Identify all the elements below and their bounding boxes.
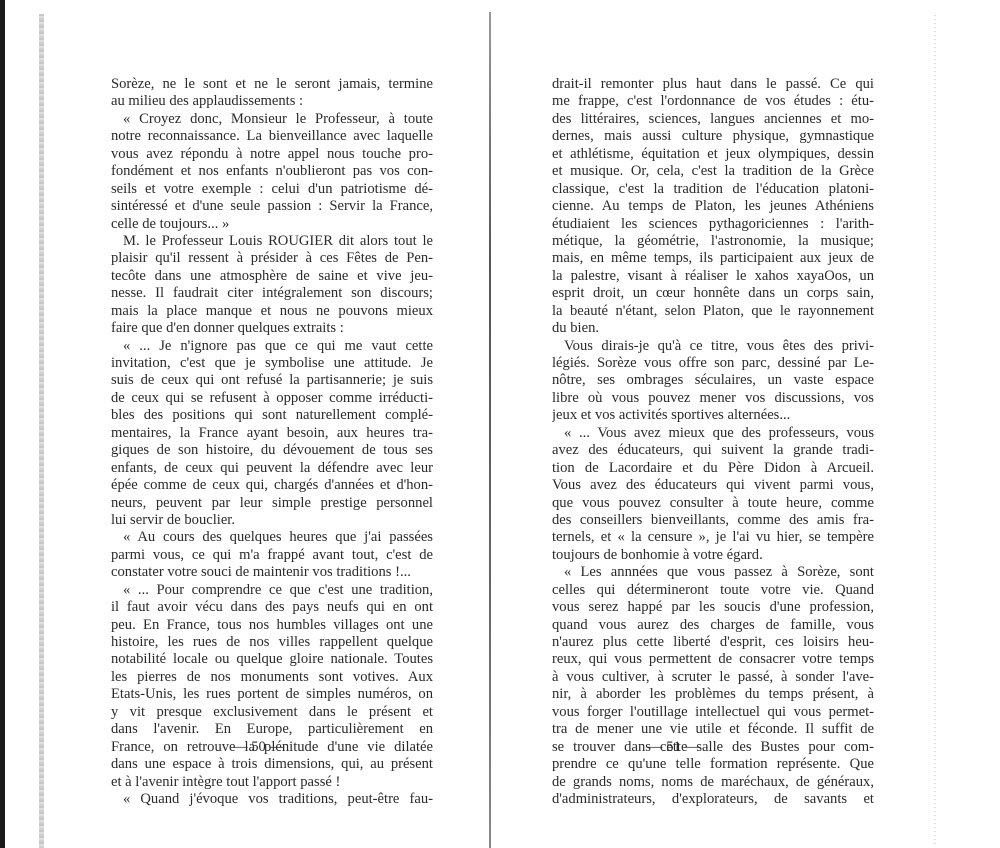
text-line: me frappe, c'est l'ordonnance de vos étu… — [552, 93, 874, 110]
text-line: nôtre, ses ombrages séculaires, un vaste… — [552, 372, 874, 389]
text-line: seils et votre exemple : celui d'un patr… — [111, 181, 433, 198]
text-line: plaisir qu'il ressent à présider à ces F… — [111, 250, 433, 267]
text-line: tra de mener une vie utile et féconde. I… — [552, 721, 874, 738]
text-line: notre reconnaissance. La bienveillance a… — [111, 128, 433, 145]
text-line: vous forger l'outillage intellectuel qui… — [552, 704, 874, 721]
text-line: « Croyez donc, Monsieur le Professeur, à… — [111, 111, 433, 128]
text-line: et musique. Or, cela, c'est la tradition… — [552, 163, 874, 180]
text-line: histoire, les rues de nos villes rappell… — [111, 634, 433, 651]
text-line: dans une espace à trois dimensions, qui,… — [111, 756, 433, 773]
text-line: constater votre souci de maintenir vos t… — [111, 564, 433, 581]
text-line: Vous dirais-je qu'à ce titre, vous êtes … — [552, 338, 874, 355]
text-line: et à l'avenir intègre tout l'apport pass… — [111, 774, 433, 791]
text-line: suis de ceux qui ont refusé la partisann… — [111, 372, 433, 389]
text-line: nir, à aborder les problèmes du temps pr… — [552, 686, 874, 703]
text-line: la palestre, visant à réaliser le xahos … — [552, 268, 874, 285]
text-line: et athlétisme, équitation et jeux olympi… — [552, 146, 874, 163]
text-line: prendre ce qu'une telle formation représ… — [552, 756, 874, 773]
text-line: invitation, c'est que je symbolise une a… — [111, 355, 433, 372]
text-line: classique, c'est la tradition de l'éduca… — [552, 181, 874, 198]
text-line: ternels, et « la censure », je l'ai vu h… — [552, 529, 874, 546]
text-line: peu. En France, tous nos humbles village… — [111, 617, 433, 634]
text-line: nesse. Il faudrait citer intégralement s… — [111, 285, 433, 302]
text-line: « Au cours des quelques heures que j'ai … — [111, 529, 433, 546]
text-line: la beauté n'étant, selon Platon, que le … — [552, 303, 874, 320]
text-line: quand vous aurez des charges de famille,… — [552, 617, 874, 634]
text-line: « Quand j'évoque vos traditions, peut-êt… — [111, 791, 433, 808]
book-gutter-fold — [489, 12, 491, 848]
left-page-body: Sorèze, ne le sont et ne le seront jamai… — [111, 76, 433, 808]
text-line: de grands noms, noms de maréchaux, de gé… — [552, 774, 874, 791]
page-number-right: — 51 — — [648, 739, 699, 756]
text-line: vous serez happé par les soucis d'une pr… — [552, 599, 874, 616]
text-line: faire que d'en donner quelques extraits … — [111, 320, 433, 337]
text-line: mais, en même temps, ils participaient a… — [552, 250, 874, 267]
text-line: mentaires, la France ayant besoin, aux h… — [111, 425, 433, 442]
text-line: sintéressé et d'une seule passion : Serv… — [111, 198, 433, 215]
text-line: que vous pouvez consulter à toute heure,… — [552, 495, 874, 512]
text-line: drait-il remonter plus haut dans le pass… — [552, 76, 874, 93]
text-line: y vit presque exclusivement dans le prés… — [111, 704, 433, 721]
text-line: Vous avez des éducateurs qui vivent parm… — [552, 477, 874, 494]
text-line: des conseillers bienveillants, comme des… — [552, 512, 874, 529]
right-page-body: drait-il remonter plus haut dans le pass… — [552, 76, 874, 808]
text-line: « ... Je n'ignore pas que ce qui me vaut… — [111, 338, 433, 355]
text-line: fondément et nos enfants n'oublieront pa… — [111, 163, 433, 180]
text-line: épée comme de ceux qui, chargés d'années… — [111, 477, 433, 494]
text-line: avez des éducateurs, qui suivent la gran… — [552, 442, 874, 459]
text-line: celle de toujours... » — [111, 216, 433, 233]
text-line: dans l'avenir. En Europe, particulièreme… — [111, 721, 433, 738]
text-line: tion de Lacordaire et du Père Didon à Ar… — [552, 460, 874, 477]
text-line: enfants, de ceux qui peuvent la défendre… — [111, 460, 433, 477]
text-line: notabilité locale ou quelque gloire nati… — [111, 651, 433, 668]
text-line: des littéraires, sciences, langues ancie… — [552, 111, 874, 128]
text-line: esprit droit, un cœur honnête dans un co… — [552, 285, 874, 302]
text-line: toujours de bonhomie à votre égard. — [552, 547, 874, 564]
text-line: « ... Pour comprendre ce que c'est une t… — [111, 582, 433, 599]
text-line: jeux et vos activités sportives alternée… — [552, 407, 874, 424]
page-number-left: — 50 — — [233, 739, 284, 756]
text-line: vous avez répondu à notre appel nous tou… — [111, 146, 433, 163]
text-line: de ceux qui se refusent à opposer comme … — [111, 390, 433, 407]
text-line: libre où vous pouvez mener vos discussio… — [552, 390, 874, 407]
text-line: « Les annnées que vous passez à Sorèze, … — [552, 564, 874, 581]
text-line: cienne. Au temps de Platon, les jeunes A… — [552, 198, 874, 215]
text-line: mais la place manque et nous ne pouvons … — [111, 303, 433, 320]
text-line: lui servir de bouclier. — [111, 512, 433, 529]
text-line: n'aurez plus cette liberté d'esprit, ces… — [552, 634, 874, 651]
text-line: au milieu des applaudissements : — [111, 93, 433, 110]
text-line: métique, la géométrie, l'astronomie, la … — [552, 233, 874, 250]
text-line: neurs, peuvent par leur simple prestige … — [111, 495, 433, 512]
text-line: d'administrateurs, d'explorateurs, de sa… — [552, 791, 874, 808]
text-line: parmi vous, ce qui m'a frappé avant tout… — [111, 547, 433, 564]
text-line: il faut avoir vécu dans des pays neufs q… — [111, 599, 433, 616]
text-line: étudiaient les sciences pythagoriciennes… — [552, 216, 874, 233]
scan-left-edge — [0, 0, 5, 848]
text-line: les pierres de nos monuments sont votive… — [111, 669, 433, 686]
text-line: bles des positions qui sont naturellemen… — [111, 407, 433, 424]
text-line: celles qui détermineront toute votre vie… — [552, 582, 874, 599]
text-line: giques de son histoire, du dévouement de… — [111, 442, 433, 459]
text-line: M. le Professeur Louis ROUGIER dit alors… — [111, 233, 433, 250]
text-line: légiés. Sorèze vous offre son parc, dess… — [552, 355, 874, 372]
text-line: Sorèze, ne le sont et ne le seront jamai… — [111, 76, 433, 93]
scan-right-edge — [934, 15, 936, 845]
text-line: tecôte dans une atmosphère de saine et v… — [111, 268, 433, 285]
text-line: du bien. — [552, 320, 874, 337]
text-line: Etats-Unis, les rues portent de simples … — [111, 686, 433, 703]
text-line: reux, qui vous permettent de consacrer v… — [552, 651, 874, 668]
text-line: « ... Vous avez mieux que des professeur… — [552, 425, 874, 442]
scan-binding-shadow — [39, 14, 44, 848]
text-line: à vous cultiver, à scruter le passé, à s… — [552, 669, 874, 686]
text-line: dernes, mais aussi culture physique, gym… — [552, 128, 874, 145]
text-line: se trouver dans cette salle des Bustes p… — [552, 739, 874, 756]
